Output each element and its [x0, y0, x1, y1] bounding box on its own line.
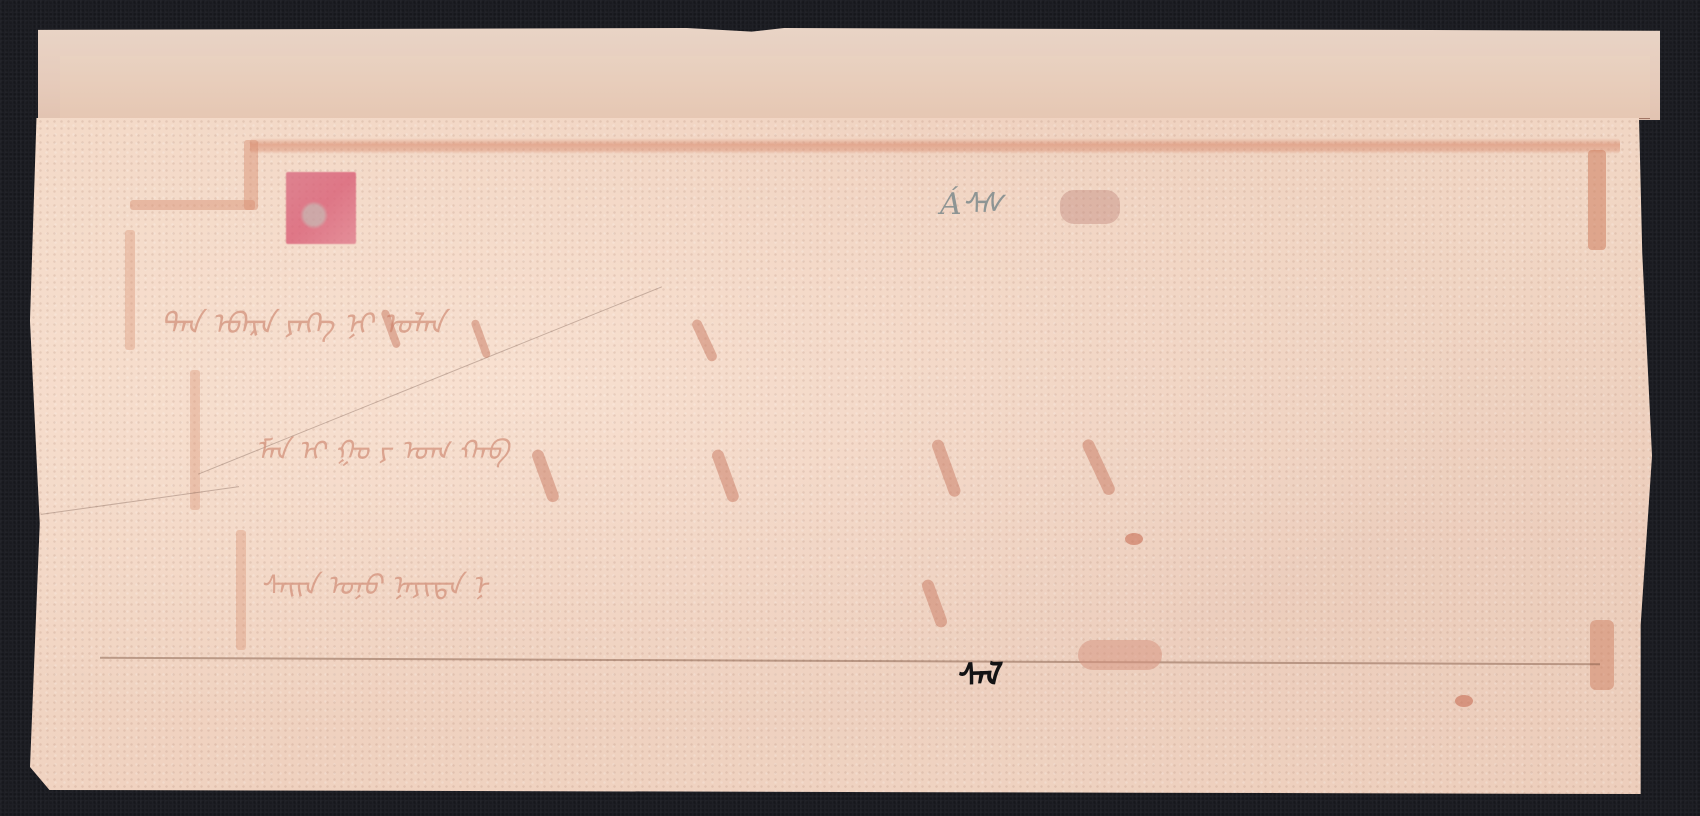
- black-ink-annotation: ᠰᠡᠯ: [954, 639, 999, 696]
- pencil-annotation: Áᠰᠰ: [940, 170, 1003, 223]
- printed-frame-top: [250, 138, 1620, 154]
- ink-stain: [1125, 533, 1143, 545]
- printed-frame-left-vertical-1: [125, 230, 135, 350]
- red-seal-stamp: [286, 172, 356, 244]
- printed-frame-left-vertical-2: [190, 370, 200, 510]
- faded-red-mark: [1078, 640, 1162, 670]
- envelope-inner-flap: [60, 56, 1650, 119]
- faded-stamp-mark: [1060, 190, 1120, 224]
- script-line-3: ᠰᠠᠢᠨ ᠣᠨᠣ ᠨᠡᠶᠢᠲᠡ ᠨ: [260, 555, 487, 604]
- printed-frame-left-vertical-3: [236, 530, 246, 650]
- script-line-2: ᠮᠡᠨ ᠢ ᠭᠤ ᠶ ᠤᠭ ᠬᠠᠪ: [255, 420, 509, 469]
- printed-frame-right-lower: [1590, 620, 1614, 690]
- printed-frame-left-horizontal: [130, 200, 255, 210]
- printed-frame-right: [1588, 150, 1606, 250]
- script-line-1: ᠲᠡᠨ ᠡᠪᠡᠷᠡ ᠶᠡᠭᠡ ᠨᠢ ᠣᠯᠠᠨ: [160, 290, 444, 343]
- ink-stain: [1455, 695, 1473, 707]
